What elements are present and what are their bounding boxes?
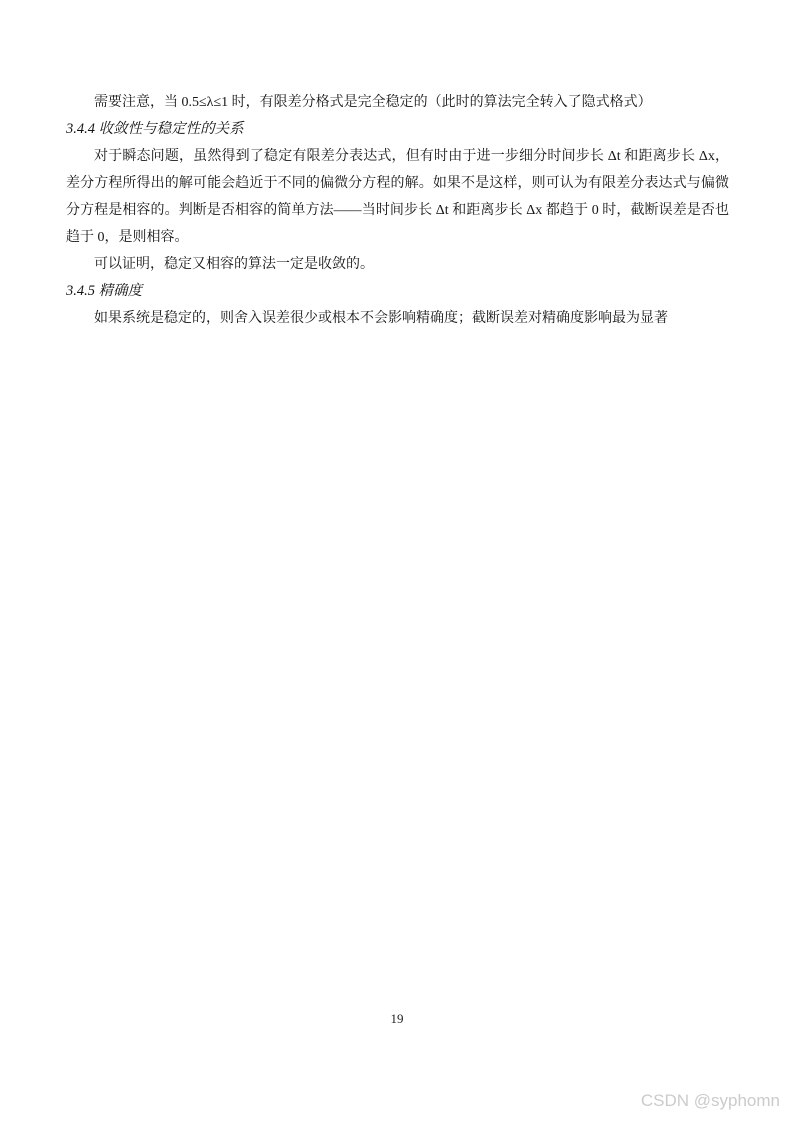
document-content: 需要注意，当 0.5≤λ≤1 时，有限差分格式是完全稳定的（此时的算法完全转入了… (66, 89, 729, 332)
paragraph-transient-consistency: 对于瞬态问题，虽然得到了稳定有限差分表达式，但有时由于进一步细分时间步长 Δt … (66, 143, 729, 251)
page-number: 19 (0, 1011, 794, 1027)
paragraph-accuracy: 如果系统是稳定的，则舍入误差很少或根本不会影响精确度；截断误差对精确度影响最为显… (66, 305, 729, 332)
csdn-watermark: CSDN @syphomn (641, 1091, 780, 1111)
section-heading-3-4-4: 3.4.4 收敛性与稳定性的关系 (66, 116, 729, 143)
document-page: 需要注意，当 0.5≤λ≤1 时，有限差分格式是完全稳定的（此时的算法完全转入了… (0, 0, 794, 1123)
section-heading-3-4-5: 3.4.5 精确度 (66, 278, 729, 305)
paragraph-stability-note: 需要注意，当 0.5≤λ≤1 时，有限差分格式是完全稳定的（此时的算法完全转入了… (66, 89, 729, 116)
paragraph-convergence-proof: 可以证明，稳定又相容的算法一定是收敛的。 (66, 251, 729, 278)
